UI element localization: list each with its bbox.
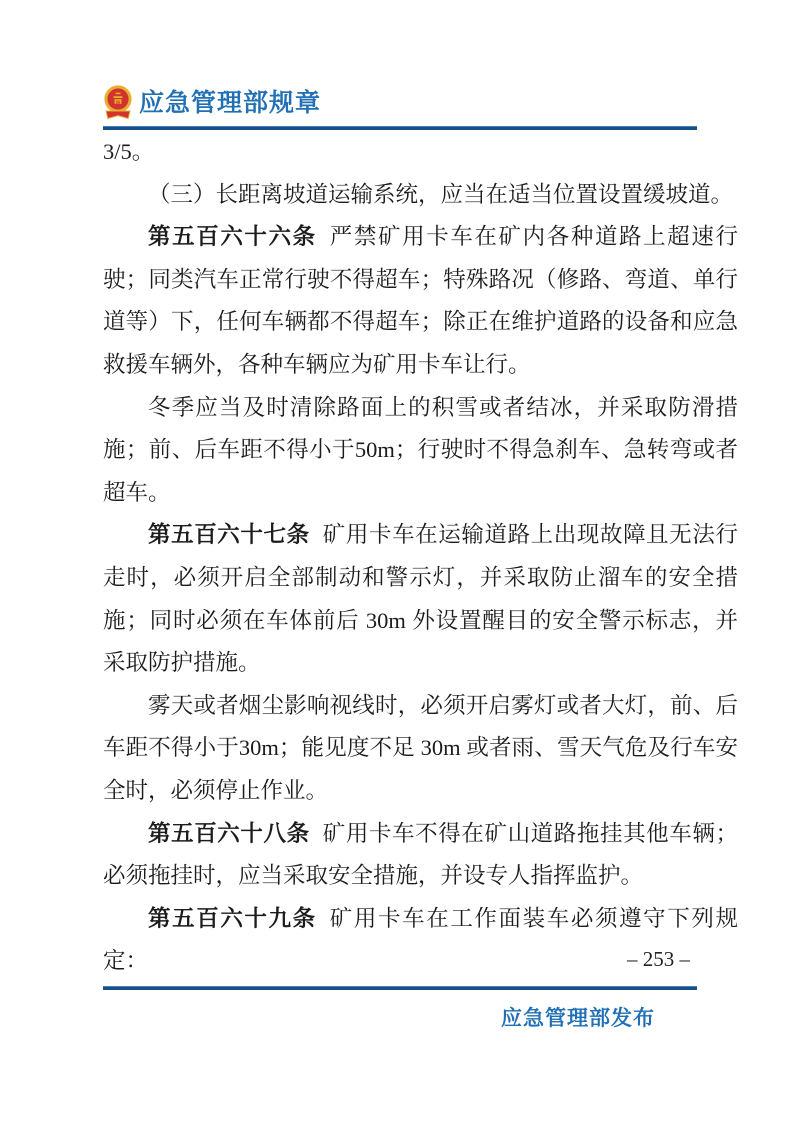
paragraph-text: 3/5。 bbox=[103, 139, 154, 164]
paragraph-text: （三）长距离坡道运输系统，应当在适当位置设置缓坡道。 bbox=[148, 182, 733, 207]
page-number: – 253 – bbox=[103, 944, 690, 974]
body-paragraph: 雾天或者烟尘影响视线时，必须开启雾灯或者大灯，前、后车距不得小于30m；能见度不… bbox=[103, 685, 738, 813]
publisher-line: 应急管理部发布 bbox=[103, 1004, 655, 1034]
body-paragraph: 第五百六十六条严禁矿用卡车在矿内各种道路上超速行驶；同类汽车正常行驶不得超车；特… bbox=[103, 216, 738, 386]
body-paragraph: 冬季应当及时清除路面上的积雪或者结冰，并采取防滑措施；前、后车距不得小于50m；… bbox=[103, 387, 738, 515]
body-paragraph: 第五百六十八条矿用卡车不得在矿山道路拖挂其他车辆；必须拖挂时，应当采取安全措施，… bbox=[103, 813, 738, 898]
national-emblem-icon bbox=[103, 84, 133, 121]
body-paragraph: （三）长距离坡道运输系统，应当在适当位置设置缓坡道。 bbox=[103, 174, 738, 217]
paragraph-text: 雾天或者烟尘影响视线时，必须开启雾灯或者大灯，前、后车距不得小于30m；能见度不… bbox=[103, 693, 738, 803]
article-number-567: 第五百六十七条 bbox=[148, 522, 310, 547]
footer-rule bbox=[103, 986, 697, 990]
header-title: 应急管理部规章 bbox=[139, 88, 321, 118]
document-body: 3/5。 （三）长距离坡道运输系统，应当在适当位置设置缓坡道。 第五百六十六条严… bbox=[103, 131, 738, 983]
article-number-569: 第五百六十九条 bbox=[148, 906, 317, 931]
article-number-568: 第五百六十八条 bbox=[148, 821, 310, 846]
continuation-line: 3/5。 bbox=[103, 131, 738, 174]
paragraph-text: 冬季应当及时清除路面上的积雪或者结冰，并采取防滑措施；前、后车距不得小于50m；… bbox=[103, 395, 738, 505]
header-rule bbox=[103, 126, 697, 130]
document-page: 应急管理部规章 3/5。 （三）长距离坡道运输系统，应当在适当位置设置缓坡道。 … bbox=[0, 0, 793, 1122]
body-paragraph: 第五百六十七条矿用卡车在运输道路上出现故障且无法行走时，必须开启全部制动和警示灯… bbox=[103, 514, 738, 684]
article-number-566: 第五百六十六条 bbox=[148, 224, 317, 249]
document-header: 应急管理部规章 bbox=[103, 84, 321, 121]
